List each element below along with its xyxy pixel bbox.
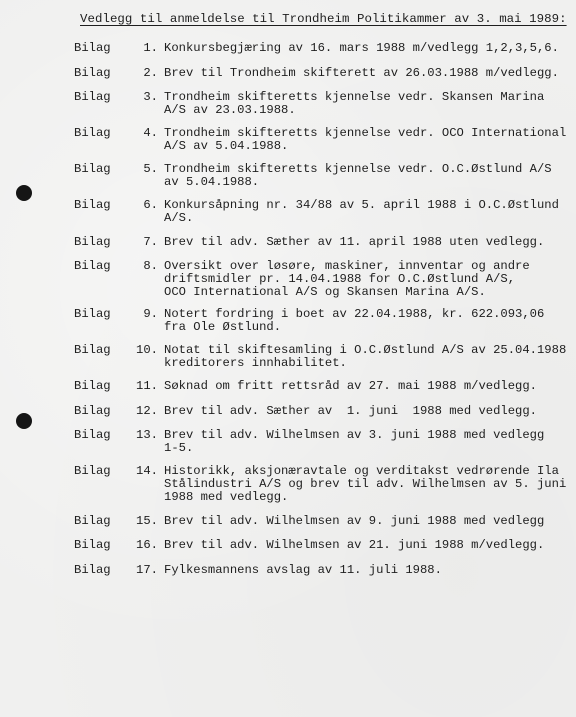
attachment-entry: Bilag3.Trondheim skifteretts kjennelse v… (74, 91, 544, 117)
attachment-label: Bilag (74, 163, 136, 176)
attachment-description: Historikk, aksjonæravtale og verditakst … (158, 465, 566, 504)
description-line: Konkursbegjæring av 16. mars 1988 m/vedl… (164, 42, 559, 55)
attachment-label: Bilag (74, 260, 136, 273)
attachment-description: Brev til adv. Wilhelmsen av 3. juni 1988… (158, 429, 544, 455)
attachment-label: Bilag (74, 344, 136, 357)
attachment-entry: Bilag12.Brev til adv. Sæther av 1. juni … (74, 405, 537, 418)
attachment-label: Bilag (74, 405, 136, 418)
punch-hole-icon (16, 413, 32, 429)
attachment-number: 12. (136, 405, 158, 418)
attachment-description: Konkursbegjæring av 16. mars 1988 m/vedl… (158, 42, 559, 55)
description-line: OCO International A/S og Skansen Marina … (164, 286, 530, 299)
document-page: Vedlegg til anmeldelse til Trondheim Pol… (0, 0, 576, 717)
attachment-entry: Bilag8.Oversikt over løsøre, maskiner, i… (74, 260, 530, 299)
attachment-number: 16. (136, 539, 158, 552)
attachment-entry: Bilag6.Konkursåpning nr. 34/88 av 5. apr… (74, 199, 559, 225)
attachment-entry: Bilag2.Brev til Trondheim skifterett av … (74, 67, 559, 80)
description-line: A/S. (164, 212, 559, 225)
attachment-label: Bilag (74, 67, 136, 80)
attachment-label: Bilag (74, 91, 136, 104)
attachment-description: Oversikt over løsøre, maskiner, innventa… (158, 260, 530, 299)
attachment-entry: Bilag5.Trondheim skifteretts kjennelse v… (74, 163, 552, 189)
description-line: Brev til adv. Wilhelmsen av 9. juni 1988… (164, 515, 544, 528)
attachment-number: 7. (136, 236, 158, 249)
attachment-number: 4. (136, 127, 158, 140)
description-line: Søknad om fritt rettsråd av 27. mai 1988… (164, 380, 537, 393)
attachment-description: Søknad om fritt rettsråd av 27. mai 1988… (158, 380, 537, 393)
attachment-number: 13. (136, 429, 158, 442)
attachment-description: Brev til adv. Sæther av 11. april 1988 u… (158, 236, 544, 249)
attachment-description: Brev til Trondheim skifterett av 26.03.1… (158, 67, 559, 80)
attachment-number: 3. (136, 91, 158, 104)
attachment-number: 14. (136, 465, 158, 478)
attachment-number: 2. (136, 67, 158, 80)
attachment-description: Trondheim skifteretts kjennelse vedr. OC… (158, 127, 566, 153)
description-line: Brev til adv. Wilhelmsen av 21. juni 198… (164, 539, 544, 552)
description-line: av 5.04.1988. (164, 176, 552, 189)
attachment-number: 9. (136, 308, 158, 321)
description-line: Fylkesmannens avslag av 11. juli 1988. (164, 564, 442, 577)
description-line: Brev til adv. Sæther av 11. april 1988 u… (164, 236, 544, 249)
attachment-label: Bilag (74, 42, 136, 55)
attachment-label: Bilag (74, 199, 136, 212)
description-line: Brev til adv. Wilhelmsen av 3. juni 1988… (164, 429, 544, 442)
attachment-label: Bilag (74, 515, 136, 528)
attachment-entry: Bilag1.Konkursbegjæring av 16. mars 1988… (74, 42, 559, 55)
attachment-label: Bilag (74, 465, 136, 478)
attachment-entry: Bilag11.Søknad om fritt rettsråd av 27. … (74, 380, 537, 393)
attachment-description: Brev til adv. Sæther av 1. juni 1988 med… (158, 405, 537, 418)
attachment-label: Bilag (74, 308, 136, 321)
attachment-label: Bilag (74, 127, 136, 140)
description-line: 1-5. (164, 442, 544, 455)
attachment-entry: Bilag9.Notert fordring i boet av 22.04.1… (74, 308, 544, 334)
attachment-label: Bilag (74, 380, 136, 393)
description-line: Brev til Trondheim skifterett av 26.03.1… (164, 67, 559, 80)
attachment-number: 5. (136, 163, 158, 176)
attachment-description: Konkursåpning nr. 34/88 av 5. april 1988… (158, 199, 559, 225)
attachment-entry: Bilag10.Notat til skiftesamling i O.C.Øs… (74, 344, 566, 370)
description-line: A/S av 23.03.1988. (164, 104, 544, 117)
attachment-entry: Bilag4.Trondheim skifteretts kjennelse v… (74, 127, 566, 153)
attachment-number: 10. (136, 344, 158, 357)
attachment-number: 6. (136, 199, 158, 212)
document-title: Vedlegg til anmeldelse til Trondheim Pol… (80, 12, 567, 26)
attachment-description: Brev til adv. Wilhelmsen av 21. juni 198… (158, 539, 544, 552)
attachment-number: 17. (136, 564, 158, 577)
attachment-entry: Bilag14.Historikk, aksjonæravtale og ver… (74, 465, 566, 504)
description-line: fra Ole Østlund. (164, 321, 544, 334)
attachment-label: Bilag (74, 236, 136, 249)
attachment-description: Notat til skiftesamling i O.C.Østlund A/… (158, 344, 566, 370)
attachment-entry: Bilag16.Brev til adv. Wilhelmsen av 21. … (74, 539, 544, 552)
attachment-entry: Bilag17.Fylkesmannens avslag av 11. juli… (74, 564, 442, 577)
attachment-label: Bilag (74, 539, 136, 552)
description-line: 1988 med vedlegg. (164, 491, 566, 504)
attachment-description: Trondheim skifteretts kjennelse vedr. Sk… (158, 91, 544, 117)
attachment-entry: Bilag15.Brev til adv. Wilhelmsen av 9. j… (74, 515, 544, 528)
attachment-number: 1. (136, 42, 158, 55)
attachment-description: Brev til adv. Wilhelmsen av 9. juni 1988… (158, 515, 544, 528)
attachment-label: Bilag (74, 429, 136, 442)
attachment-description: Fylkesmannens avslag av 11. juli 1988. (158, 564, 442, 577)
punch-hole-icon (16, 185, 32, 201)
description-line: Brev til adv. Sæther av 1. juni 1988 med… (164, 405, 537, 418)
attachment-number: 8. (136, 260, 158, 273)
attachment-number: 11. (136, 380, 158, 393)
attachment-entry: Bilag13.Brev til adv. Wilhelmsen av 3. j… (74, 429, 544, 455)
description-line: A/S av 5.04.1988. (164, 140, 566, 153)
attachment-label: Bilag (74, 564, 136, 577)
description-line: kreditorers innhabilitet. (164, 357, 566, 370)
attachment-number: 15. (136, 515, 158, 528)
attachment-description: Notert fordring i boet av 22.04.1988, kr… (158, 308, 544, 334)
description-line: Konkursåpning nr. 34/88 av 5. april 1988… (164, 199, 559, 212)
attachment-entry: Bilag7.Brev til adv. Sæther av 11. april… (74, 236, 544, 249)
attachment-description: Trondheim skifteretts kjennelse vedr. O.… (158, 163, 552, 189)
